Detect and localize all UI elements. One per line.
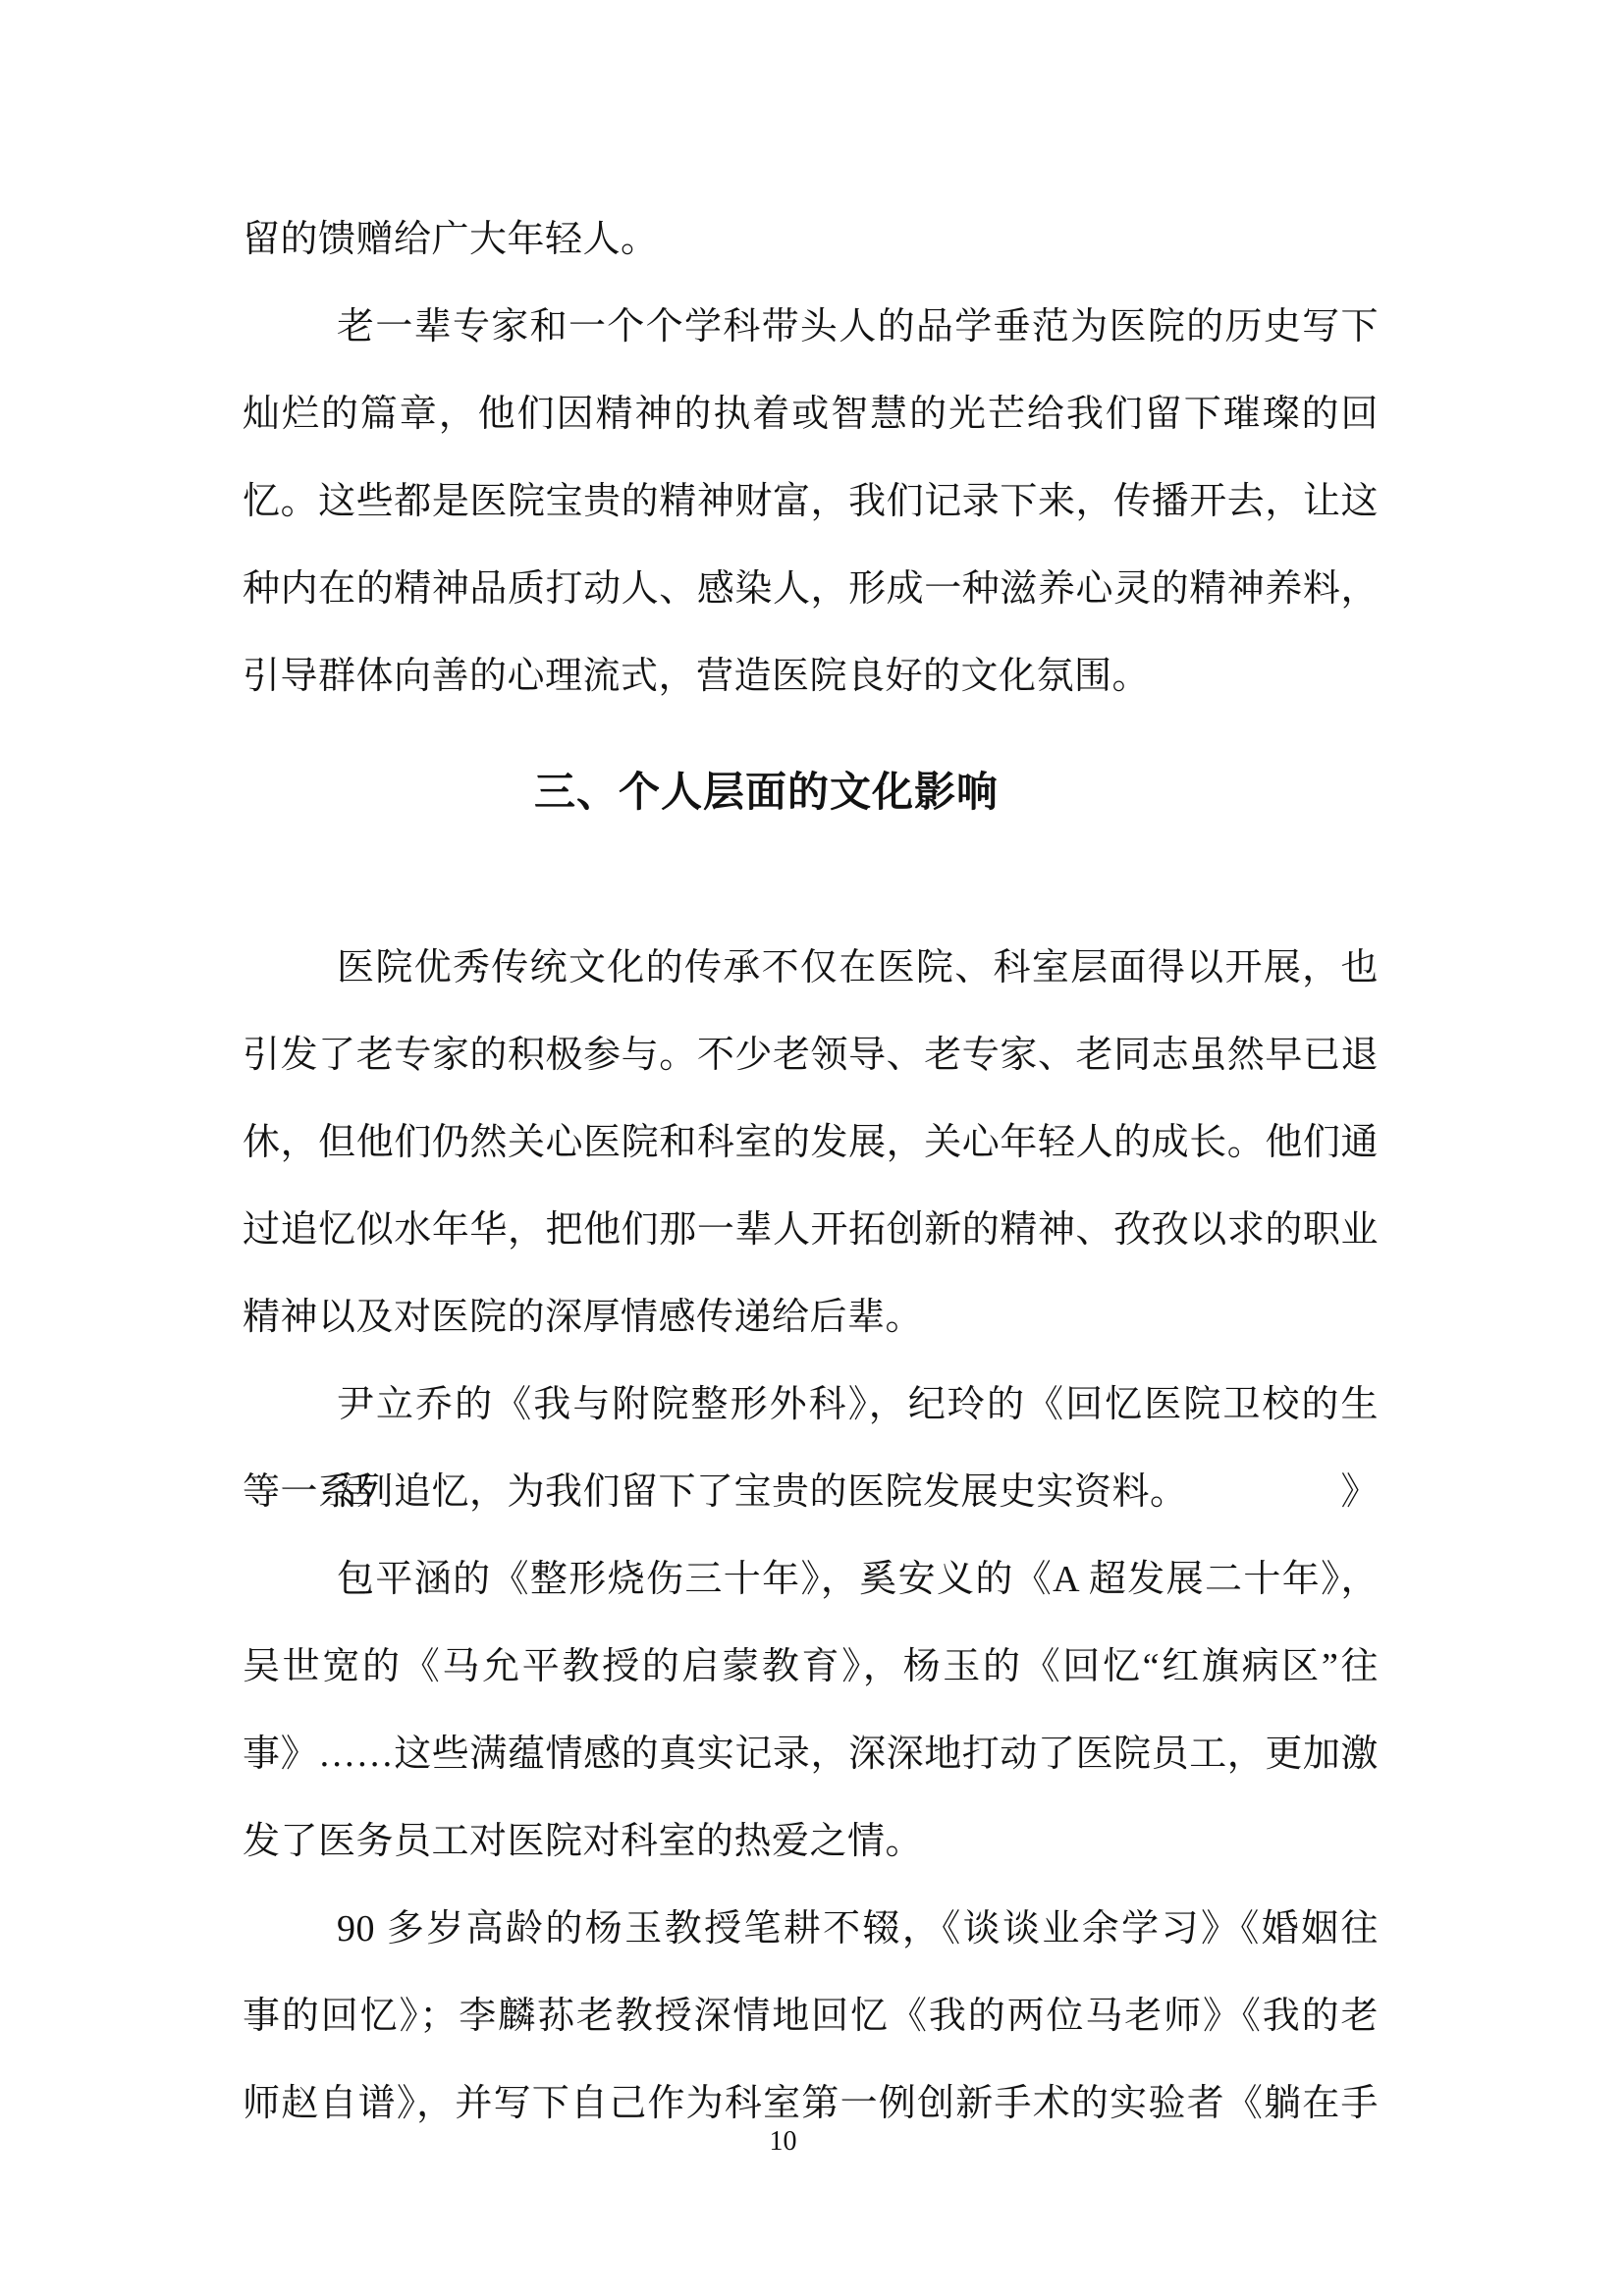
text-line: 包平涵的《整形烧伤三十年》，奚安义的《A 超发展二十年》， (243, 1536, 1379, 1624)
text-line: 医院优秀传统文化的传承不仅在医院、科室层面得以开展，也 (243, 925, 1379, 1012)
text-line: 引发了老专家的积极参与。不少老领导、老专家、老同志虽然早已退 (243, 1012, 1379, 1099)
page-number: 10 (215, 2120, 1351, 2163)
text-line: 精神以及对医院的深厚情感传递给后辈。 (243, 1274, 1379, 1362)
text-line: 吴世宽的《马允平教授的启蒙教育》，杨玉的《回忆“红旗病区”往 (243, 1624, 1379, 1711)
text-line: 事》……这些满蕴情感的真实记录，深深地打动了医院员工，更加激 (243, 1711, 1379, 1798)
text-line: 尹立乔的《我与附院整形外科》，纪玲的《回忆医院卫校的生活》 (243, 1362, 1379, 1449)
text-line: 引导群体向善的心理流式，营造医院良好的文化氛围。 (243, 633, 1379, 721)
text-line: 老一辈专家和一个个学科带头人的品学垂范为医院的历史写下 (243, 284, 1379, 371)
blank-line (243, 837, 1379, 925)
document-page: 留的馈赠给广大年轻人。老一辈专家和一个个学科带头人的品学垂范为医院的历史写下灿烂… (0, 0, 1624, 2296)
text-line: 过追忆似水年华，把他们那一辈人开拓创新的精神、孜孜以求的职业 (243, 1187, 1379, 1274)
text-line: 休，但他们仍然关心医院和科室的发展，关心年轻人的成长。他们通 (243, 1099, 1379, 1187)
text-line: 留的馈赠给广大年轻人。 (243, 196, 1379, 284)
text-line: 种内在的精神品质打动人、感染人，形成一种滋养心灵的精神养料， (243, 546, 1379, 633)
text-line: 事的回忆》；李麟荪老教授深情地回忆《我的两位马老师》《我的老 (243, 1973, 1379, 2060)
text-line: 灿烂的篇章，他们因精神的执着或智慧的光芒给我们留下璀璨的回 (243, 371, 1379, 458)
text-line: 发了医务员工对医院对科室的热爱之情。 (243, 1798, 1379, 1886)
section-heading: 三、个人层面的文化影响 (198, 750, 1334, 837)
text-line: 90 多岁高龄的杨玉教授笔耕不辍，《谈谈业余学习》《婚姻往 (243, 1886, 1379, 1973)
text-line: 忆。这些都是医院宝贵的精神财富，我们记录下来，传播开去，让这 (243, 458, 1379, 546)
document-content: 留的馈赠给广大年轻人。老一辈专家和一个个学科带头人的品学垂范为医院的历史写下灿烂… (243, 196, 1379, 2148)
